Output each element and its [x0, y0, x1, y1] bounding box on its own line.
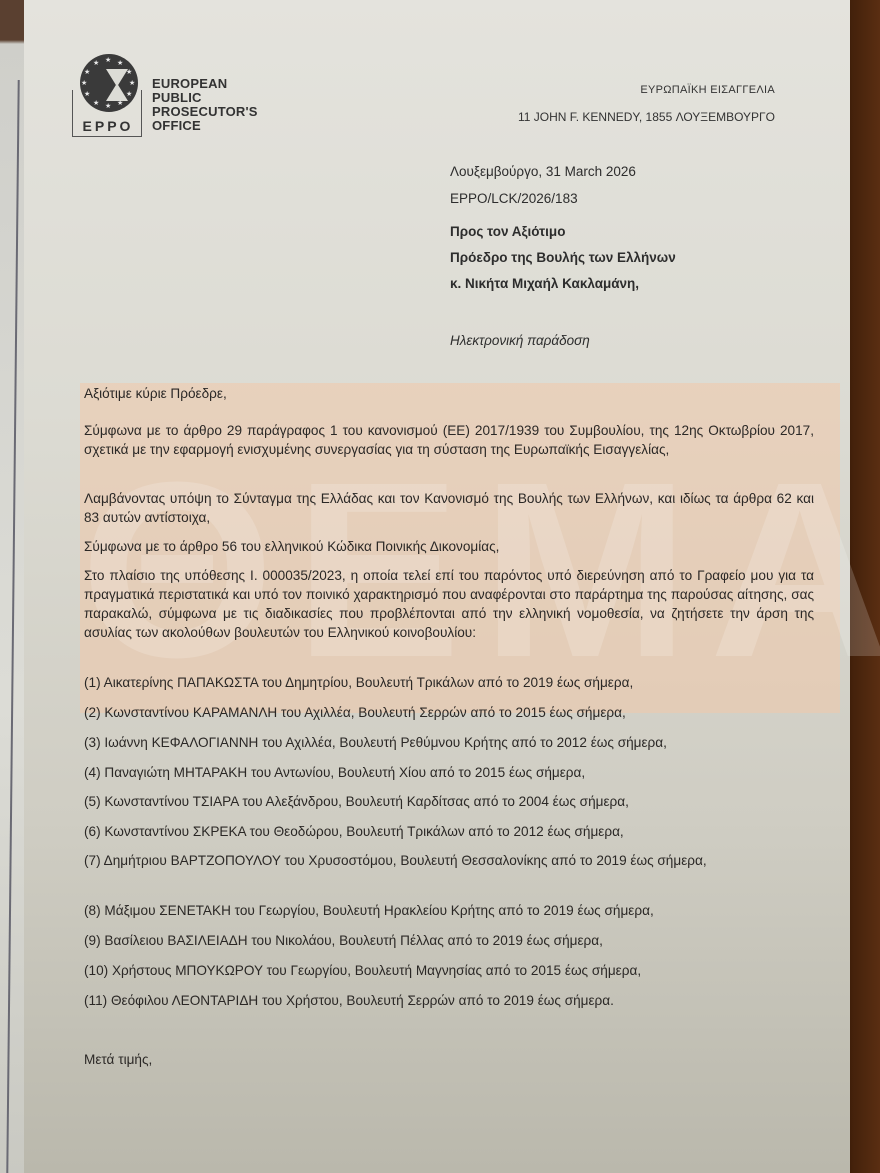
salutation: Αξιότιμε κύριε Πρόεδρε, — [84, 384, 814, 403]
recipient-line-3: κ. Νικήτα Μιχαήλ Κακλαμάνη, — [450, 276, 639, 291]
logo-circle: ★ ★ ★ ★ ★ ★ ★ ★ ★ ★ ★ ★ — [80, 54, 138, 112]
reference-number: EPPO/LCK/2026/183 — [450, 191, 578, 206]
star-icon: ★ — [93, 60, 99, 67]
deputy-list-item: (1) Αικατερίνης ΠΑΠΑΚΩΣΤΑ του Δημητρίου,… — [84, 673, 814, 692]
star-icon: ★ — [117, 60, 123, 67]
star-icon: ★ — [81, 80, 87, 87]
logo-text: EPPO — [76, 118, 140, 134]
deputy-list-item: (6) Κωνσταντίνου ΣΚΡΕΚΑ του Θεοδώρου, Βο… — [84, 822, 814, 841]
org-name-greek: ΕΥΡΩΠΑΪΚΗ ΕΙΣΑΓΓΕΛΙΑ — [640, 84, 775, 96]
star-icon: ★ — [126, 69, 132, 76]
recipient-line-2: Πρόεδρο της Βουλής των Ελλήνων — [450, 250, 676, 265]
deputy-list-item: (4) Παναγιώτη ΜΗΤΑΡΑΚΗ του Αντωνίου, Βου… — [84, 763, 814, 782]
star-icon: ★ — [84, 69, 90, 76]
paper-edge — [6, 80, 19, 1173]
organization-name: EUROPEAN PUBLIC PROSECUTOR'S OFFICE — [152, 77, 258, 133]
deputy-list-item: (9) Βασίλειου ΒΑΣΙΛΕΙΑΔΗ του Νικολάου, Β… — [84, 931, 814, 950]
deputy-list-item: (10) Χρήστους ΜΠΟΥΚΩΡΟΥ του Γεωργίου, Βο… — [84, 961, 814, 980]
star-icon: ★ — [126, 91, 132, 98]
deputy-list-item: (8) Μάξιμου ΣΕΝΕΤΑΚΗ του Γεωργίου, Βουλε… — [84, 901, 814, 920]
hourglass-icon — [106, 69, 128, 101]
org-name-line: OFFICE — [152, 119, 258, 133]
paragraph: Στο πλαίσιο της υπόθεσης I. 000035/2023,… — [84, 566, 814, 642]
deputy-list-item: (2) Κωνσταντίνου ΚΑΡΑΜΑΝΛΗ του Αχιλλέα, … — [84, 703, 814, 722]
paragraph: Σύμφωνα με το άρθρο 29 παράγραφος 1 του … — [84, 421, 814, 459]
place-date: Λουξεμβούργο, 31 March 2026 — [450, 164, 636, 179]
recipient-line-1: Προς τον Αξιότιμο — [450, 224, 565, 239]
delivery-method: Ηλεκτρονική παράδοση — [450, 333, 590, 348]
star-icon: ★ — [117, 100, 123, 107]
star-icon: ★ — [129, 80, 135, 87]
star-icon: ★ — [105, 57, 111, 64]
deputy-list-item: (7) Δημήτριου ΒΑΡΤΖΟΠΟΥΛΟΥ του Χρυσοστόμ… — [84, 851, 814, 870]
paragraph: Λαμβάνοντας υπόψη το Σύνταγμα της Ελλάδα… — [84, 489, 814, 527]
closing: Μετά τιμής, — [84, 1050, 814, 1069]
org-name-line: EUROPEAN — [152, 77, 258, 91]
org-name-line: PUBLIC — [152, 91, 258, 105]
star-icon: ★ — [84, 91, 90, 98]
address: 11 JOHN F. KENNEDY, 1855 ΛΟΥΞΕΜΒΟΥΡΓΟ — [518, 110, 775, 124]
star-icon: ★ — [105, 103, 111, 110]
deputy-list-item: (11) Θεόφιλου ΛΕΟΝΤΑΡΙΔΗ του Χρήστου, Βο… — [84, 991, 814, 1010]
deputy-list-item: (5) Κωνσταντίνου ΤΣΙΑΡΑ του Αλεξάνδρου, … — [84, 792, 814, 811]
star-icon: ★ — [93, 100, 99, 107]
eppo-logo: ★ ★ ★ ★ ★ ★ ★ ★ ★ ★ ★ ★ EPPO — [72, 52, 144, 138]
deputy-list-item: (3) Ιωάννη ΚΕΦΑΛΟΓΙΑΝΝΗ του Αχιλλέα, Βου… — [84, 733, 814, 752]
org-name-line: PROSECUTOR'S — [152, 105, 258, 119]
paragraph: Σύμφωνα με το άρθρο 56 του ελληνικού Κώδ… — [84, 537, 814, 556]
